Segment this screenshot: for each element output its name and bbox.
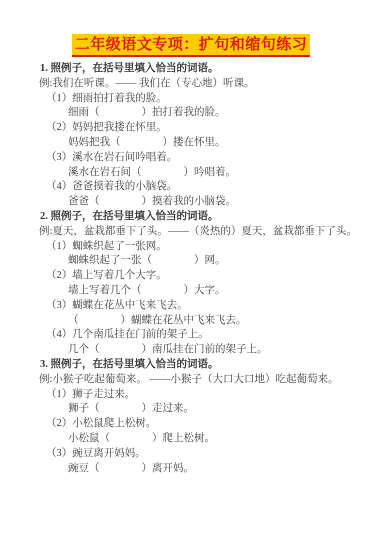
- question-heading: 3. 照例子，在括号里填入恰当的词语。: [0, 358, 382, 373]
- item-prompt: （1）细雨拍打着我的脸。: [0, 92, 382, 107]
- item-prompt: （3）蝴蝶在花丛中飞来飞去。: [0, 299, 382, 314]
- item-answer-line: 爸爸（ ）摸着我的小脑袋。: [0, 195, 382, 210]
- item-prompt: （3）豌豆离开妈妈。: [0, 447, 382, 462]
- worksheet-content: 1. 照例子，在括号里填入恰当的词语。 例:我们在听课。—— 我们在（专心地）听…: [0, 62, 382, 476]
- item-prompt: （4）爸爸摸着我的小脑袋。: [0, 180, 382, 195]
- example-line: 例:我们在听课。—— 我们在（专心地）听课。: [0, 77, 382, 92]
- item-answer-line: 豌豆（ ）离开妈。: [0, 462, 382, 477]
- item-prompt: （1）蜘蛛织起了一张网。: [0, 240, 382, 255]
- worksheet-page: 二年级语文专项：扩句和缩句练习 1. 照例子，在括号里填入恰当的词语。 例:我们…: [0, 0, 382, 540]
- example-line: 例:夏天，盆栽都垂下了头。——（炎热的）夏天，盆栽都垂下了头。: [0, 225, 382, 240]
- item-answer-line: 细雨（ ）拍打着我的脸。: [0, 106, 382, 121]
- question-heading: 1. 照例子，在括号里填入恰当的词语。: [0, 62, 382, 77]
- item-prompt: （2）小松鼠爬上松树。: [0, 417, 382, 432]
- example-line: 例:小猴子吃起葡萄来。 ——小猴子（大口大口地）吃起葡萄来。: [0, 373, 382, 388]
- title-block: 二年级语文专项：扩句和缩句练习: [0, 0, 382, 57]
- page-title: 二年级语文专项：扩句和缩句练习: [72, 34, 311, 57]
- item-prompt: （4）几个南瓜挂在门前的架子上。: [0, 328, 382, 343]
- item-prompt: （2）墙上写着几个大字。: [0, 269, 382, 284]
- item-answer-line: 妈妈把我（ ）搂在怀里。: [0, 136, 382, 151]
- item-prompt: （2）妈妈把我搂在怀里。: [0, 121, 382, 136]
- item-answer-line: 蜘蛛织起了一张（ ）网。: [0, 254, 382, 269]
- question-heading: 2. 照例子，在括号里填入恰当的词语。: [0, 210, 382, 225]
- item-answer-line: （ ）蝴蝶在花丛中飞来飞去。: [0, 314, 382, 329]
- item-answer-line: 几个（ ）南瓜挂在门前的架子上。: [0, 343, 382, 358]
- item-answer-line: 狮子（ ）走过来。: [0, 402, 382, 417]
- item-prompt: （3）溪水在岩石间吟唱着。: [0, 151, 382, 166]
- item-answer-line: 溪水在岩石间（ ）吟唱着。: [0, 166, 382, 181]
- item-prompt: （1）狮子走过来。: [0, 388, 382, 403]
- item-answer-line: 小松鼠（ ）爬上松树。: [0, 432, 382, 447]
- item-answer-line: 墙上写着几个（ ）大字。: [0, 284, 382, 299]
